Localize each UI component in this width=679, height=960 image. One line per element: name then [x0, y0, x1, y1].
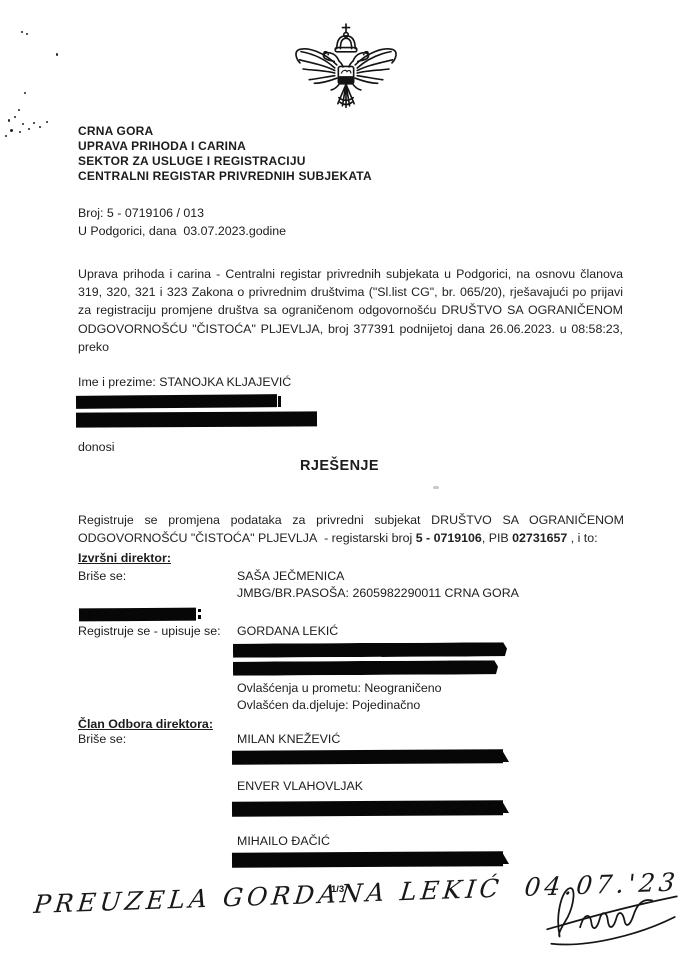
ink-speck — [8, 119, 10, 122]
ink-speck — [18, 109, 20, 111]
issuer-block: CRNA GORA UPRAVA PRIHODA I CARINA SEKTOR… — [78, 124, 372, 184]
lead-in-word: donosi — [78, 440, 115, 455]
redaction-edge-artifact — [502, 750, 509, 762]
ink-speck — [5, 135, 7, 137]
redaction-bar — [79, 608, 196, 622]
redaction-edge-artifact — [278, 396, 281, 407]
registry-number: 5 - 0719106 — [416, 531, 482, 545]
ink-speck — [19, 131, 21, 133]
document-number-line: Broj: 5 - 0719106 / 013 — [78, 206, 204, 221]
ink-speck — [28, 128, 30, 130]
scanned-document-page: CRNA GORA UPRAVA PRIHODA I CARINA SEKTOR… — [0, 0, 679, 960]
deleted-director-id: JMBG/BR.PASOŠA: 2605982290011 CRNA GORA — [237, 586, 519, 601]
redaction-bar — [233, 660, 498, 675]
registration-paragraph: Registruje se promjena podataka za privr… — [78, 511, 624, 547]
authority-acting-line: Ovlašćen da.djeluje: Pojedinačno — [237, 698, 420, 713]
redaction-edge-artifact — [198, 615, 201, 619]
issuer-registry: CENTRALNI REGISTAR PRIVREDNIH SUBJEKATA — [78, 169, 372, 184]
delete-label: Briše se: — [78, 732, 126, 747]
applicant-label: Ime i prezime: — [78, 375, 156, 389]
register-label: Registruje se - upisuje se: — [78, 624, 221, 639]
scan-smudge — [433, 486, 439, 489]
issuer-administration: UPRAVA PRIHODA I CARINA — [78, 139, 372, 154]
ink-speck — [14, 116, 16, 118]
redaction-edge-artifact — [502, 801, 509, 813]
handwritten-note-text: PREUZELA GORDANA LEKIĆ — [32, 874, 504, 919]
board-member-name: MILAN KNEŽEVIĆ — [237, 732, 340, 747]
redaction-edge-artifact — [198, 609, 201, 612]
place-date-line: U Podgorici, dana 03.07.2023.godine — [78, 224, 286, 239]
redaction-bar — [232, 851, 503, 867]
issuer-sector: SEKTOR ZA USLUGE I REGISTRACIJU — [78, 154, 372, 169]
intro-paragraph: Uprava prihoda i carina - Centralni regi… — [78, 265, 623, 356]
redaction-bar — [232, 800, 503, 816]
ink-speck — [33, 122, 35, 124]
redaction-bar — [233, 642, 507, 657]
board-member-name: ENVER VLAHOVLJAK — [237, 779, 363, 794]
redaction-bar — [76, 411, 317, 427]
signature-scribble — [545, 882, 679, 954]
ink-speck — [10, 129, 13, 132]
registration-text: , PIB — [482, 531, 512, 545]
montenegro-coat-of-arms-icon — [291, 22, 401, 116]
applicant-name: STANOJKA KLJAJEVIĆ — [159, 375, 291, 389]
issuer-country: CRNA GORA — [78, 124, 372, 139]
registration-text: , i to: — [567, 531, 597, 545]
ink-speck — [24, 92, 26, 94]
section-title-executive-director: Izvršni direktor: — [78, 551, 171, 566]
deleted-director-name: SAŠA JEČMENICA — [237, 569, 344, 584]
registered-director-name: GORDANA LEKIĆ — [237, 624, 338, 639]
section-title-board-member: Član Odbora direktora: — [78, 717, 213, 732]
ink-speck — [39, 126, 41, 128]
ink-speck — [22, 123, 24, 125]
ink-speck — [46, 121, 48, 123]
redaction-edge-artifact — [502, 852, 509, 864]
ink-speck — [21, 31, 23, 33]
applicant-line: Ime i prezime: STANOJKA KLJAJEVIĆ — [78, 375, 291, 390]
redaction-bar — [76, 394, 277, 409]
redaction-bar — [232, 749, 503, 764]
pib-number: 02731657 — [512, 531, 567, 545]
decision-title: RJEŠENJE — [0, 458, 679, 474]
ink-speck — [56, 53, 58, 56]
authority-traffic-line: Ovlašćenja u prometu: Neograničeno — [237, 681, 442, 696]
delete-label: Briše se: — [78, 569, 126, 584]
ink-speck — [26, 33, 28, 35]
board-member-name: MIHAILO ĐAČIĆ — [237, 834, 330, 849]
